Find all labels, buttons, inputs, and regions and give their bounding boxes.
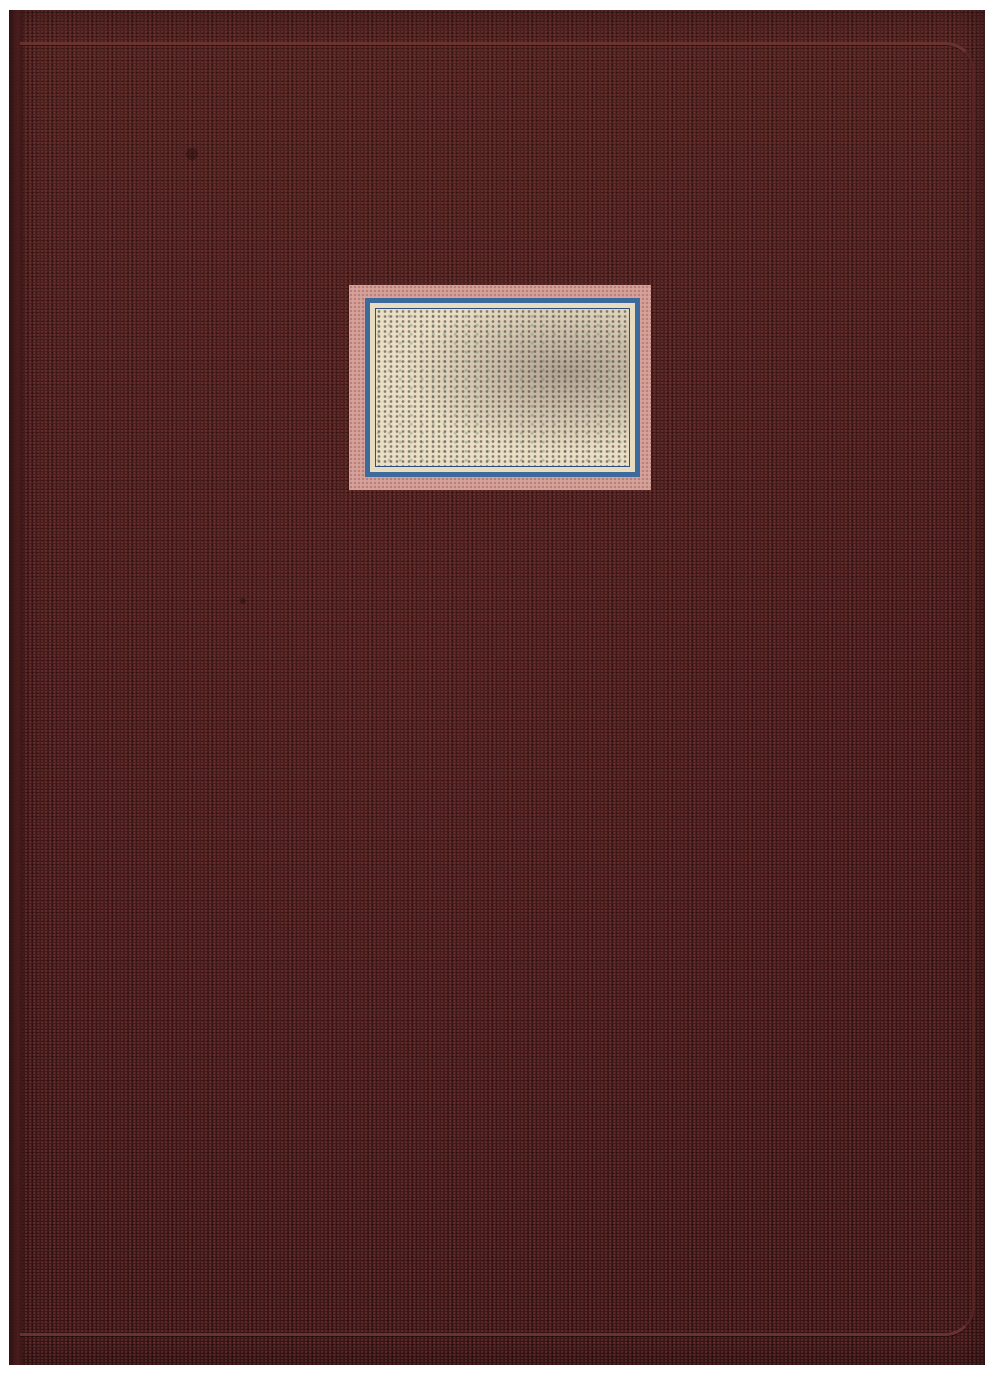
cover-blemish	[240, 598, 246, 604]
embossed-hinge-line	[20, 42, 975, 1336]
cover-blemish	[186, 148, 198, 160]
cover-label	[349, 285, 651, 490]
label-blue-frame	[365, 298, 640, 477]
label-paper	[375, 308, 630, 467]
